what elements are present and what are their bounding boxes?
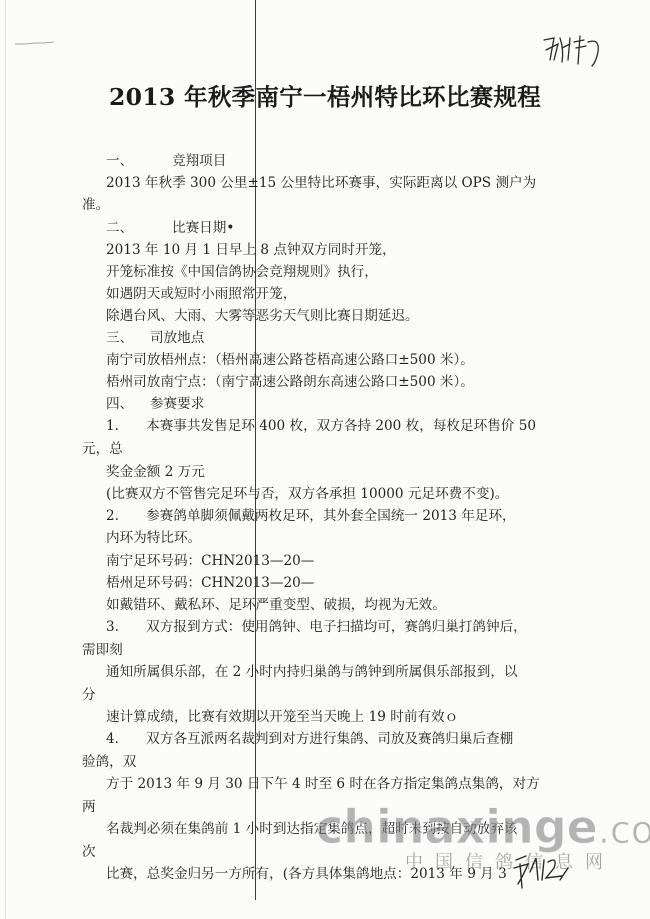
body-line: 验鸽，双 [82,754,136,770]
handwritten-page-mark-icon [510,850,572,890]
body-line: (比赛双方不管售完足环与否，双方各承担 10000 元足环费不变)。 [106,486,508,502]
body-line: 内环为特比环。 [106,530,201,546]
watermark-domain: chinaxinge [316,800,598,854]
body-line: 奖金金额 2 万元 [106,464,205,480]
body-line: 梧州司放南宁点：（南宁高速公路朗东高速公路口±500 米）。 [106,374,474,390]
site-watermark: chinaxinge.com [316,800,650,854]
body-line: 如遇阴天或短时小雨照常开笼， [106,286,296,302]
body-line: 次 [82,844,96,860]
section-number: 四、 [106,396,150,412]
body-line: 元，总 [82,441,123,457]
page-edge-shadow [5,0,6,919]
body-line: 方于 2013 年 9 月 30 日下午 4 时至 6 时在各方指定集鸽点集鸽，… [106,776,540,792]
section-title: 竞翔项目 [172,153,226,169]
scan-fold-line [255,0,256,900]
document-title: 2013 年秋季南宁一梧州特比环比赛规程 [0,78,650,112]
section-number: 二、 [106,220,172,236]
body-line: 南宁足环号码：CHN2013—20— [106,553,314,569]
body-line: 分 [82,687,96,703]
body-line: 需即刻 [82,642,123,658]
body-line: 1. 本赛事共发售足环 400 枚，双方各持 200 枚，每枚足环售价 50 [106,418,536,434]
scanned-document-page: 2013 年秋季南宁一梧州特比环比赛规程 一、竞翔项目 2013 年秋季 300… [0,0,650,919]
body-line: 如戴错环、戴私环、足环严重变型、破损，均视为无效。 [106,597,446,613]
body-line: 2. 参赛鸽单脚须佩戴两枚足环，其外套全国统一 2013 年足环， [106,508,516,524]
body-line: 梧州足环号码：CHN2013—20— [106,575,314,591]
body-line: 2013 年 10 月 1 日早上 8 点钟双方同时开笼， [106,242,396,258]
body-line: 通知所属俱乐部，在 2 小时内持归巢鸽与鸽钟到所属俱乐部报到，以 [106,664,518,680]
section-heading: 三、司放地点 [106,330,204,346]
body-line: 两 [82,799,96,815]
body-line: 准。 [82,197,109,213]
body-line: 除遇台风、大雨、大雾等恶劣天气则比赛日期延迟。 [106,308,419,324]
body-line: 速计算成绩，比赛有效期以开笼至当天晚上 19 时前有效ｏ [106,709,458,725]
body-line: 南宁司放梧州点：（梧州高速公路苍梧高速公路口±500 米）。 [106,352,474,368]
section-number: 三、 [106,330,150,346]
section-heading: 一、竞翔项目 [106,153,226,169]
section-number: 一、 [106,153,172,169]
section-heading: 二、比赛日期• [106,220,234,236]
pen-mark-icon [14,40,56,46]
section-title: 司放地点 [150,330,204,346]
body-line: 开笼标准按《中国信鸽协会竞翔规则》执行， [106,264,378,280]
section-title: 参赛要求 [150,396,204,412]
section-title: 比赛日期• [172,220,234,236]
handwritten-signature-icon [540,30,610,70]
body-line: 3. 双方报到方式：使用鸽钟、电子扫描均可，赛鸽归巢打鸽钟后， [106,619,527,635]
watermark-domain-suffix: .com [598,808,650,852]
body-line: 2013 年秋季 300 公里±15 公里特比环赛事，实际距离以 OPS 测户为 [106,175,536,191]
body-line: 4. 双方各互派两名裁判到对方进行集鸽、司放及赛鸽归巢后查棚 [106,731,513,747]
section-heading: 四、参赛要求 [106,396,204,412]
